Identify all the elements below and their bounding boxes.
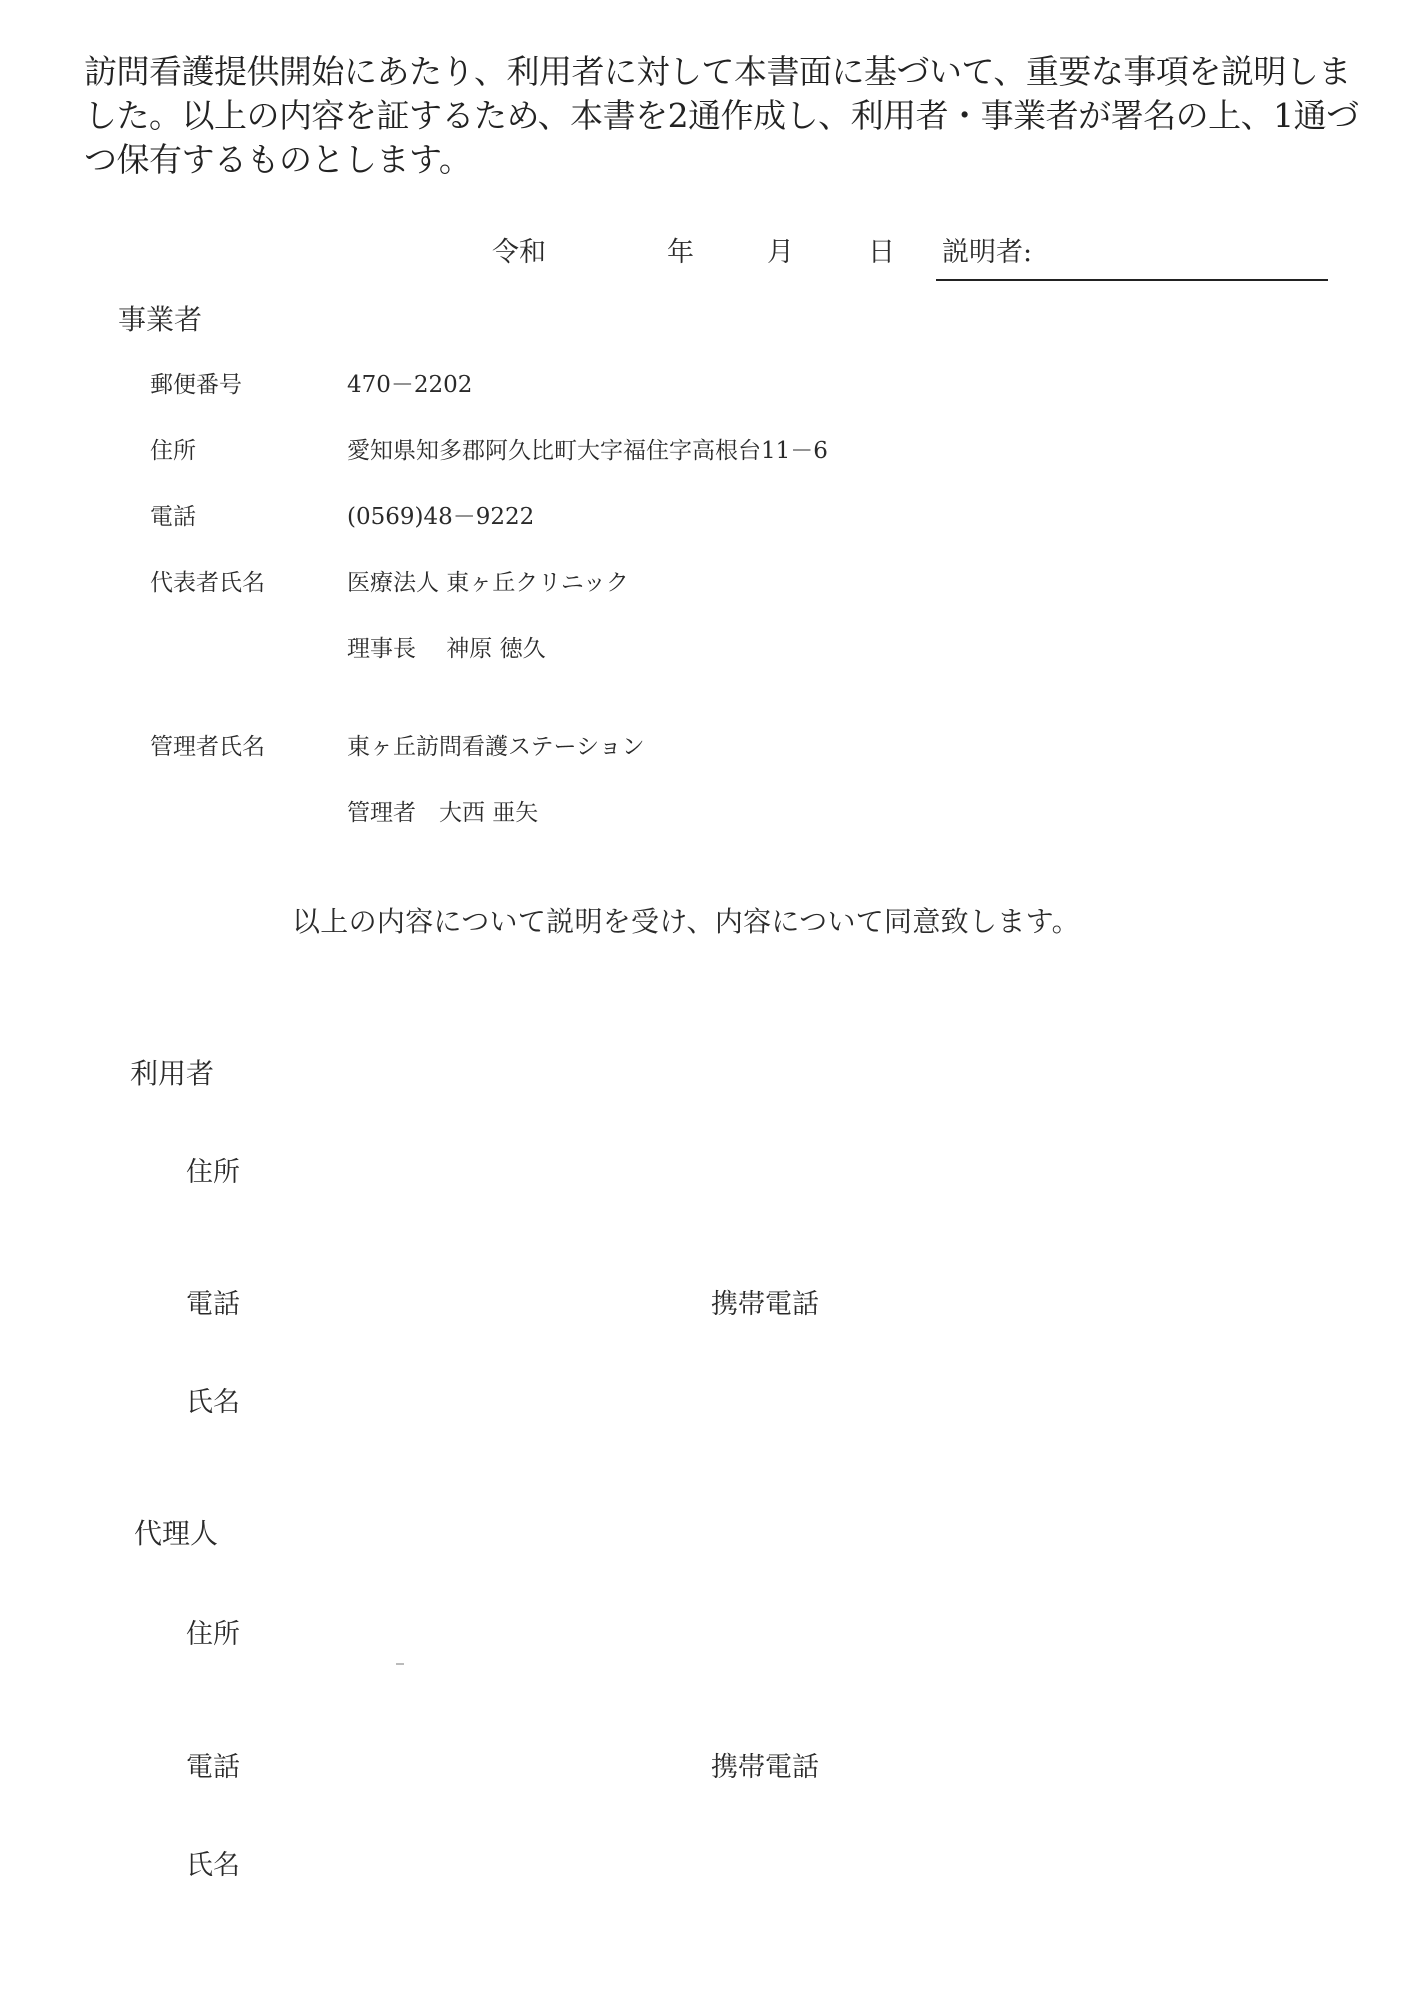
agent-phone-label: 電話 — [186, 1745, 240, 1784]
business-postal-label: 郵便番号 — [150, 366, 242, 399]
user-mobile-label: 携帯電話 — [711, 1282, 819, 1321]
consent-document-page: 訪問看護提供開始にあたり、利用者に対して本書面に基づいて、重要な事項を説明しまし… — [0, 0, 1414, 2000]
agent-section-heading: 代理人 — [134, 1512, 218, 1552]
business-postal-value: 470－2202 — [347, 366, 472, 399]
agent-name-label: 氏名 — [186, 1843, 240, 1882]
explainer-label: 説明者: — [942, 230, 1032, 269]
business-manager-station: 東ヶ丘訪問看護ステーション — [347, 728, 645, 761]
scan-speck — [396, 1663, 404, 1665]
business-manager-label: 管理者氏名 — [150, 728, 265, 761]
date-month-label: 月 — [767, 230, 794, 269]
date-year-label: 年 — [667, 230, 694, 269]
business-section-heading: 事業者 — [118, 298, 202, 338]
explainer-signature-line[interactable] — [936, 279, 1328, 281]
user-address-label: 住所 — [186, 1150, 240, 1189]
agent-mobile-label: 携帯電話 — [711, 1745, 819, 1784]
business-phone-label: 電話 — [150, 498, 196, 531]
intro-paragraph: 訪問看護提供開始にあたり、利用者に対して本書面に基づいて、重要な事項を説明しまし… — [84, 50, 1364, 182]
business-representative-label: 代表者氏名 — [150, 564, 265, 597]
business-address-value: 愛知県知多郡阿久比町大字福住字高根台11－6 — [347, 432, 828, 465]
business-representative-organization: 医療法人 東ヶ丘クリニック — [347, 564, 629, 597]
user-name-label: 氏名 — [186, 1380, 240, 1419]
business-phone-value: (0569)48－9222 — [347, 498, 534, 531]
user-phone-label: 電話 — [186, 1282, 240, 1321]
agent-address-label: 住所 — [186, 1612, 240, 1651]
business-manager-name: 管理者 大西 亜矢 — [347, 794, 538, 827]
consent-statement: 以上の内容について説明を受け、内容について同意致します。 — [292, 900, 1080, 940]
business-address-label: 住所 — [150, 432, 196, 465]
date-day-label: 日 — [868, 230, 895, 269]
business-representative-name: 理事長 神原 徳久 — [347, 630, 546, 663]
date-era-label: 令和 — [492, 230, 546, 269]
user-section-heading: 利用者 — [130, 1052, 214, 1092]
